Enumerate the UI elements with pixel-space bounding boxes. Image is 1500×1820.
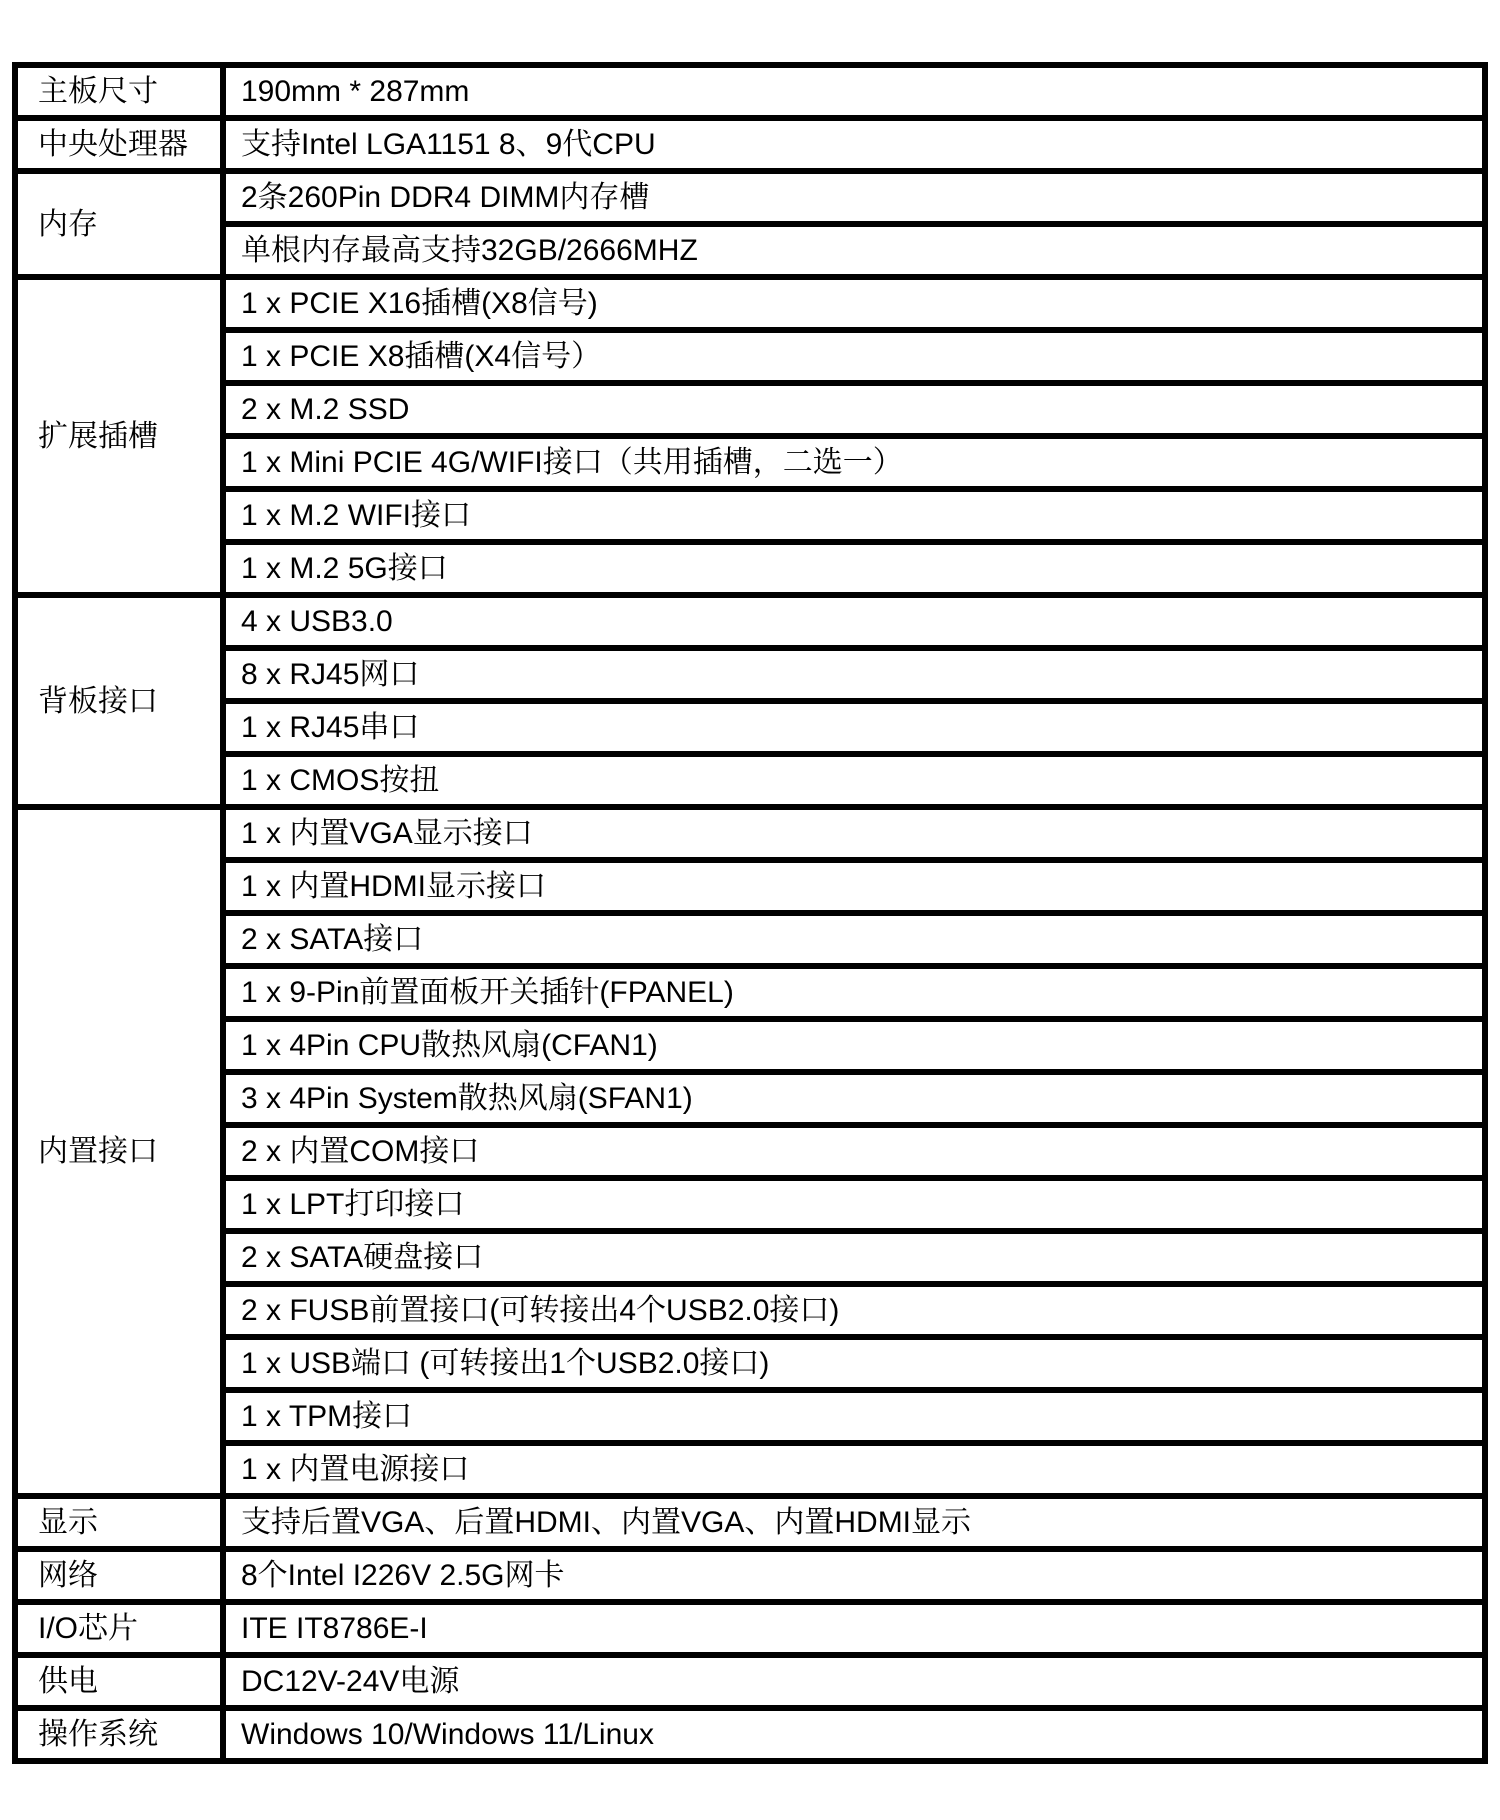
spec-value: 4 x USB3.0 <box>223 595 1485 648</box>
spec-label: 内置接口 <box>15 807 223 1496</box>
spec-label: 网络 <box>15 1549 223 1602</box>
table-row: 1 x TPM接口 <box>15 1390 1485 1443</box>
spec-value: 1 x 9-Pin前置面板开关插针(FPANEL) <box>223 966 1485 1019</box>
spec-value: 1 x PCIE X8插槽(X4信号） <box>223 330 1485 383</box>
spec-value: 1 x LPT打印接口 <box>223 1178 1485 1231</box>
spec-value: 2 x SATA接口 <box>223 913 1485 966</box>
spec-label: 供电 <box>15 1655 223 1708</box>
table-row: 1 x 内置电源接口 <box>15 1443 1485 1496</box>
table-row: 网络8个Intel I226V 2.5G网卡 <box>15 1549 1485 1602</box>
spec-value: 2 x SATA硬盘接口 <box>223 1231 1485 1284</box>
table-row: 内存2条260Pin DDR4 DIMM内存槽 <box>15 171 1485 224</box>
spec-value: 单根内存最高支持32GB/2666MHZ <box>223 224 1485 277</box>
table-row: 1 x RJ45串口 <box>15 701 1485 754</box>
spec-value: 1 x RJ45串口 <box>223 701 1485 754</box>
spec-value: 1 x 内置VGA显示接口 <box>223 807 1485 860</box>
table-row: 1 x LPT打印接口 <box>15 1178 1485 1231</box>
spec-label: 扩展插槽 <box>15 277 223 595</box>
spec-label: 主板尺寸 <box>15 65 223 118</box>
table-row: 1 x 内置HDMI显示接口 <box>15 860 1485 913</box>
table-row: 内置接口1 x 内置VGA显示接口 <box>15 807 1485 860</box>
table-row: 操作系统Windows 10/Windows 11/Linux <box>15 1708 1485 1761</box>
table-row: 1 x M.2 WIFI接口 <box>15 489 1485 542</box>
motherboard-spec-table: 主板尺寸190mm * 287mm中央处理器支持Intel LGA1151 8、… <box>12 62 1488 1764</box>
spec-value: 1 x M.2 WIFI接口 <box>223 489 1485 542</box>
table-row: 供电DC12V-24V电源 <box>15 1655 1485 1708</box>
spec-label: 中央处理器 <box>15 118 223 171</box>
spec-value: 1 x TPM接口 <box>223 1390 1485 1443</box>
spec-value: 2 x M.2 SSD <box>223 383 1485 436</box>
spec-value: 1 x USB端口 (可转接出1个USB2.0接口) <box>223 1337 1485 1390</box>
spec-value: 1 x CMOS按扭 <box>223 754 1485 807</box>
table-row: 2 x 内置COM接口 <box>15 1125 1485 1178</box>
table-row: 扩展插槽1 x PCIE X16插槽(X8信号) <box>15 277 1485 330</box>
spec-value: 1 x PCIE X16插槽(X8信号) <box>223 277 1485 330</box>
spec-value: 2条260Pin DDR4 DIMM内存槽 <box>223 171 1485 224</box>
table-row: 2 x SATA硬盘接口 <box>15 1231 1485 1284</box>
spec-value: 1 x M.2 5G接口 <box>223 542 1485 595</box>
spec-value: 2 x 内置COM接口 <box>223 1125 1485 1178</box>
table-row: 中央处理器支持Intel LGA1151 8、9代CPU <box>15 118 1485 171</box>
spec-value: 1 x 内置HDMI显示接口 <box>223 860 1485 913</box>
spec-value: 支持Intel LGA1151 8、9代CPU <box>223 118 1485 171</box>
table-row: 1 x USB端口 (可转接出1个USB2.0接口) <box>15 1337 1485 1390</box>
spec-value: 2 x FUSB前置接口(可转接出4个USB2.0接口) <box>223 1284 1485 1337</box>
spec-value: 8个Intel I226V 2.5G网卡 <box>223 1549 1485 1602</box>
table-row: 背板接口4 x USB3.0 <box>15 595 1485 648</box>
table-row: 2 x FUSB前置接口(可转接出4个USB2.0接口) <box>15 1284 1485 1337</box>
table-row: 1 x PCIE X8插槽(X4信号） <box>15 330 1485 383</box>
spec-table-body: 主板尺寸190mm * 287mm中央处理器支持Intel LGA1151 8、… <box>15 65 1485 1761</box>
table-row: 1 x Mini PCIE 4G/WIFI接口（共用插槽，二选一） <box>15 436 1485 489</box>
spec-value: Windows 10/Windows 11/Linux <box>223 1708 1485 1761</box>
spec-label: I/O芯片 <box>15 1602 223 1655</box>
spec-value: 1 x 内置电源接口 <box>223 1443 1485 1496</box>
table-row: 2 x SATA接口 <box>15 913 1485 966</box>
table-row: 1 x 9-Pin前置面板开关插针(FPANEL) <box>15 966 1485 1019</box>
spec-value: DC12V-24V电源 <box>223 1655 1485 1708</box>
spec-value: 8 x RJ45网口 <box>223 648 1485 701</box>
table-row: 1 x 4Pin CPU散热风扇(CFAN1) <box>15 1019 1485 1072</box>
table-row: 主板尺寸190mm * 287mm <box>15 65 1485 118</box>
spec-value: ITE IT8786E-I <box>223 1602 1485 1655</box>
spec-value: 190mm * 287mm <box>223 65 1485 118</box>
table-row: 1 x CMOS按扭 <box>15 754 1485 807</box>
table-row: 8 x RJ45网口 <box>15 648 1485 701</box>
spec-value: 1 x 4Pin CPU散热风扇(CFAN1) <box>223 1019 1485 1072</box>
spec-label: 内存 <box>15 171 223 277</box>
table-row: I/O芯片ITE IT8786E-I <box>15 1602 1485 1655</box>
spec-value: 1 x Mini PCIE 4G/WIFI接口（共用插槽，二选一） <box>223 436 1485 489</box>
table-row: 1 x M.2 5G接口 <box>15 542 1485 595</box>
spec-label: 操作系统 <box>15 1708 223 1761</box>
table-row: 单根内存最高支持32GB/2666MHZ <box>15 224 1485 277</box>
table-row: 2 x M.2 SSD <box>15 383 1485 436</box>
spec-value: 支持后置VGA、后置HDMI、内置VGA、内置HDMI显示 <box>223 1496 1485 1549</box>
spec-label: 背板接口 <box>15 595 223 807</box>
spec-label: 显示 <box>15 1496 223 1549</box>
spec-value: 3 x 4Pin System散热风扇(SFAN1) <box>223 1072 1485 1125</box>
table-row: 3 x 4Pin System散热风扇(SFAN1) <box>15 1072 1485 1125</box>
table-row: 显示支持后置VGA、后置HDMI、内置VGA、内置HDMI显示 <box>15 1496 1485 1549</box>
